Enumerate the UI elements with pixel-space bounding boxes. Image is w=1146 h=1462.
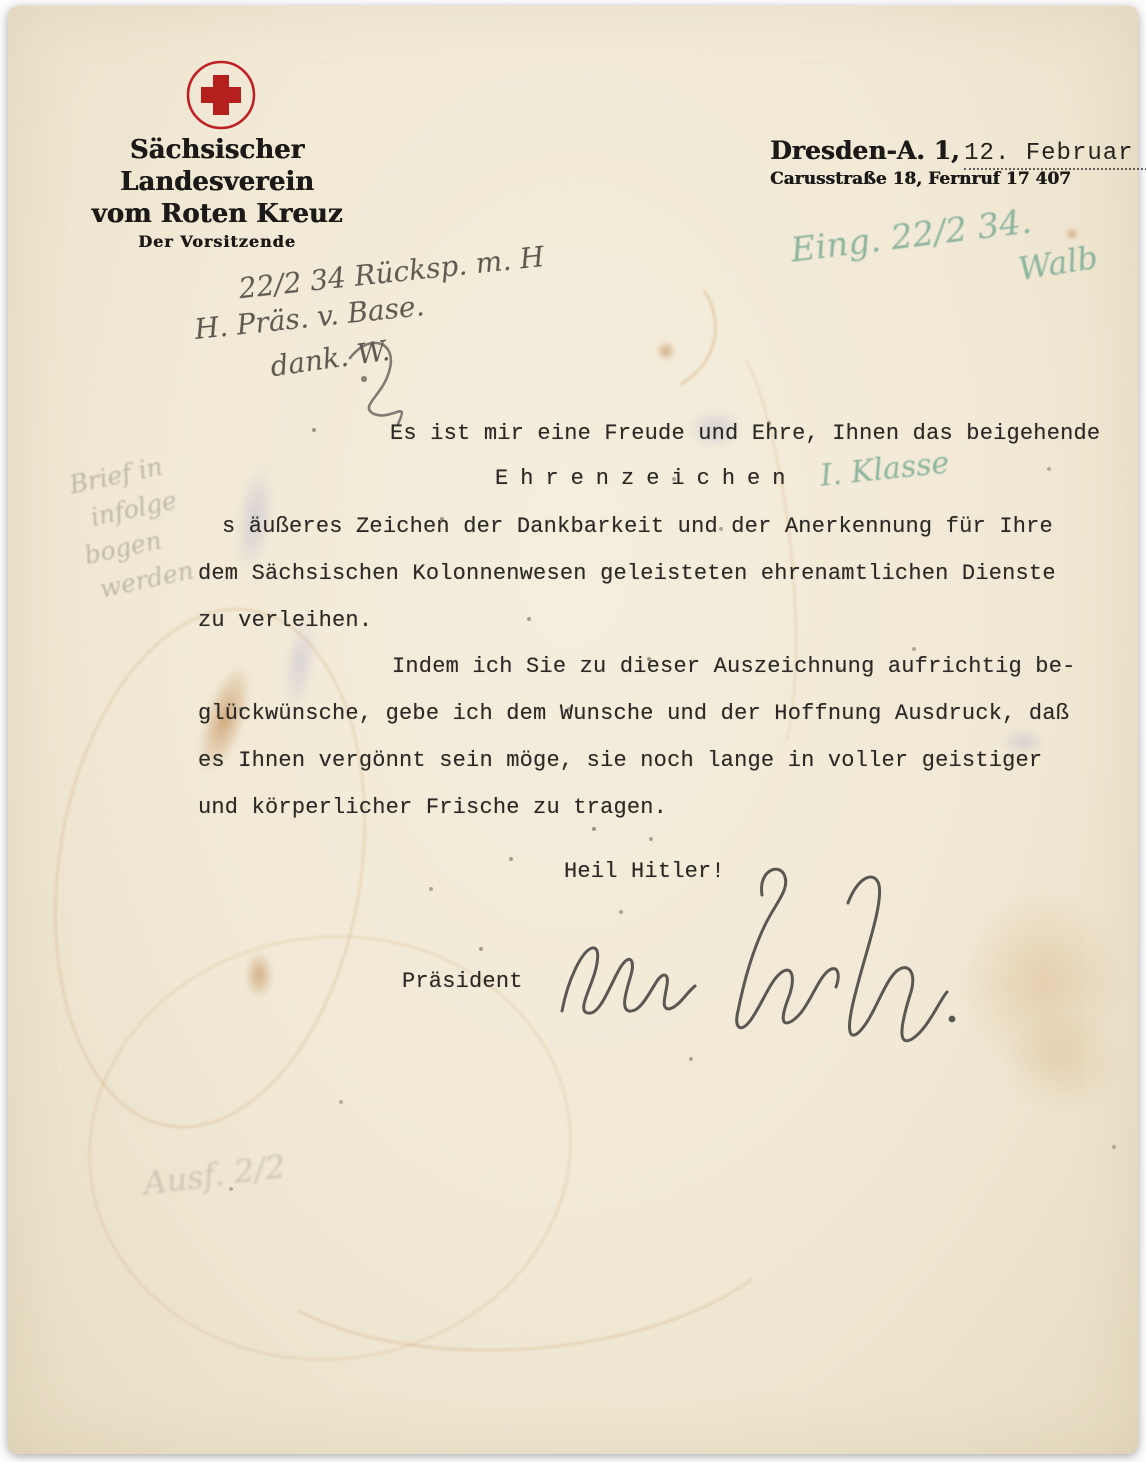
body-line5: zu verleihen. [198,608,372,633]
water-stain-bottom-arc [229,1067,810,1370]
bottom-scribble: Ausf. 2/2 [141,1147,287,1202]
signature [548,861,958,1066]
red-cross-logo [180,54,262,141]
rust-spot-2 [244,951,274,999]
body-line1: Es ist mir eine Freude und Ehre, Ihnen d… [390,421,1100,446]
letter-page: Sächsischer Landesverein vom Roten Kreuz… [8,6,1138,1454]
dateline-date: 12. Februar 1934 [964,140,1146,170]
tan-blob-signature-2 [998,1006,1128,1116]
org-name-line2: vom Roten Kreuz [52,198,382,230]
dateline-city: Dresden-A. 1, [770,136,960,165]
body-line8: es Ihnen vergönnt sein möge, sie noch la… [198,748,1042,773]
body-line9: und körperlicher Frische zu tragen. [198,795,667,820]
water-stain-left-upper [19,585,401,1150]
tan-blob-signature [953,881,1133,1081]
signer-title: Präsident [402,969,523,994]
dirt-speckles [8,6,10,8]
class-annotation: I. Klasse [819,445,951,493]
rust-spot-4 [1066,228,1078,240]
letterhead: Sächsischer Landesverein vom Roten Kreuz… [52,134,382,254]
body-line4: dem Sächsischen Kolonnenwesen geleistete… [198,561,1056,586]
water-stain-top-center [538,233,732,412]
body-line6: Indem ich Sie zu dieser Auszeichnung auf… [392,654,1076,679]
rust-spot-3 [656,341,676,361]
dateline: Dresden-A. 1, 12. Februar 1934 [770,136,1146,167]
dateline-address: Carusstraße 18, Fernruf 17 407 [770,169,1071,189]
pencil-initial-flourish [338,336,428,431]
org-name-line1: Sächsischer Landesverein [52,134,382,198]
body-line7: glückwünsche, gebe ich dem Wunsche und d… [198,701,1069,726]
body-line3: s äußeres Zeichen der Dankbarkeit und de… [222,514,1053,539]
org-role-line: Der Vorsitzende [52,230,382,254]
body-line2-ehrenzeichen: Ehrenzeichen [495,466,797,491]
signature-strokes [548,861,958,1061]
received-annotation-line1: Eing. 22/2 34. [788,201,1033,270]
margin-note: Brief in infolge bogen werden [66,447,197,609]
red-cross-icon [180,54,262,136]
received-annotation-line2: Walb [1016,238,1101,288]
